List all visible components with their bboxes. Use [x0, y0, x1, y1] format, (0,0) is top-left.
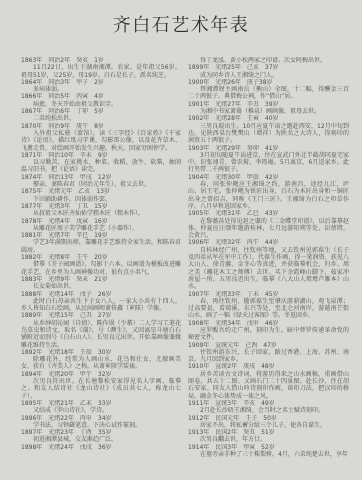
timeline-year-heading: 1904年 光绪30年 甲辰 42岁 — [188, 174, 349, 181]
timeline-entry-text: 除雕花外，经常为人画山水、花鸟和仕女，尤擅画美女，获有《齐美人》之称。从萧芗陔学… — [21, 356, 181, 371]
timeline-entry-text: 入外祖父私塾（蒙馆），读《三字经》《百家姓》《千家诗》《论语》。描红纸习字课，勾… — [21, 130, 181, 152]
timeline-entry-text: 从叔祖父木匠齐仙佑学粗木匠（粗木作）。 — [21, 210, 181, 217]
timeline-year-heading: 1905年 光绪31年 乙巳 43岁 — [188, 210, 349, 217]
timeline-entry-text: 自桂林经广州，往钦州等地，又去钦州见郭葆生（长子及四弟从军在军中工作），代葆生作… — [188, 247, 349, 291]
timeline-year-heading: 1902年 光绪28年 壬寅 40岁 — [188, 115, 349, 122]
timeline-year-heading: 1907年 光绪33年 丁未 45岁 — [188, 291, 349, 298]
timeline-entry-text: 长女菊如出世。 — [21, 283, 181, 290]
chronology-page: 齐白石艺术年表 1863年 同治2年 癸亥 1岁11月22日，出生于湖南湘潭，农… — [0, 0, 362, 480]
timeline-year-heading: 1866年 同治5年 丙寅 4岁 — [21, 93, 181, 100]
timeline-entry-text: 应罗醒吾约走广州，刻印为生。暗中替罗传递革命党的秘密文件。 — [188, 327, 349, 342]
timeline-year-heading: 1898年 光绪24年 戊戌 36岁 — [21, 444, 181, 451]
timeline-entry-text: 在黎薇荪处得见赵之谦的《二金蝶堂印谱》，以后靠摹赵体。仲夏应汪颂年邀游桂林，七月… — [188, 218, 349, 240]
timeline-year-heading: 1875年 光绪元年 乙亥 13岁 — [21, 188, 181, 195]
timeline-year-heading: 1910年 宣统2年 庚戌 48岁 — [188, 363, 349, 370]
timeline-year-heading: 1889年 光绪15年 己丑 27岁 — [21, 312, 181, 319]
timeline-year-heading: 1908年 光绪34年 戊申 46岁 — [188, 320, 349, 327]
timeline-year-heading: 1878年 光绪4年 戊寅 16岁 — [21, 218, 181, 225]
timeline-entry-text: 娶亲，妻陈春君（同治元年生）。祖父去世。 — [21, 181, 181, 188]
timeline-entry-text: 以习勤苦，在家挑水、种菜、收稻、放牛、砍柴，抽闲温习旧书，把《论语》读完。 — [21, 159, 181, 174]
timeline-entry-text: 在墓旁亲手种了三十株梨树。4月，六弟纯楚去世，享年 — [188, 451, 349, 458]
timeline-entry-text: 从雕花匠周子美学雕花手艺（小器作）。 — [21, 225, 181, 232]
timeline-year-heading: 1912年 民国元年 壬子 50岁 — [188, 415, 349, 422]
timeline-entry-text: 又结成《罗山诗社》，学诗。 — [21, 407, 181, 414]
timeline-entry-text: 借摹《芥子园画谱》，勾影十六本。以画谱为模板改进雕花手艺，在乡里为人画神像功对，… — [21, 261, 181, 276]
timeline-year-heading: 1899年 光绪25年 己亥 37岁 — [188, 64, 349, 71]
timeline-column-left: 1863年 同治2年 癸亥 1岁11月22日，出生于湖南湘潭，农家。是年祖父56… — [21, 57, 181, 457]
timeline-entry-text: 居家不出，将私蓄分给三个儿子，使各自谋生。 — [188, 422, 349, 429]
timeline-entry-text: 二弟纯松出世。 — [21, 115, 181, 122]
timeline-entry-text: 3月初旬随夏午诒进京，住在宣武门外北半截胡同夏宅家中。识张翊青、曾农髯、李筠庵。… — [188, 152, 349, 174]
timeline-entry-text: 此时白石母亲共生下子女八人，一家大小共有十四人。乡人皆知白石绘画。从民间画师萧传… — [21, 298, 181, 313]
timeline-entry-text: 2月赴长沙晤王湘绮，会当时之名士赋诗刻印。 — [188, 407, 349, 414]
timeline-entry-text: 春，再往钦州，随郭葆生至肇庆游鼎湖山，观飞泉潭；过高要县，看端溪、东兴等处，至北… — [188, 298, 349, 320]
timeline-year-heading: 1909年 宣统元年 己酉 47岁 — [188, 342, 349, 349]
page-title: 齐白石艺术年表 — [0, 14, 362, 38]
timeline-column-right: 得丁龙泓、黄小松两家之印谱。次女阿梅出世。1899年 光绪25年 己亥 37岁成… — [188, 57, 349, 467]
timeline-entry-text: 学书法，习钟繇笔意。下决心试作篆刻。 — [21, 422, 181, 429]
timeline-year-heading: 1874年 同治13年 甲戌 12岁 — [21, 174, 181, 181]
timeline-entry-text: 得丁龙泓、黄小松两家之印谱。次女阿梅出世。 — [188, 57, 349, 64]
timeline-entry-text: 次男良黼去世，年方廿。 — [188, 436, 349, 443]
timeline-year-heading: 1888年 光绪14年 戊子 26岁 — [21, 291, 181, 298]
timeline-entry-text: 下田辅助耕作，因体弱作罢。 — [21, 196, 181, 203]
timeline-entry-text: 病愈，冬天开始由祖父教识字。 — [21, 101, 181, 108]
timeline-entry-text: 居乡苦读古文诗词，将游历得来之山水画稿，重画借山图卷，共五十二图。又画石门二十四… — [188, 371, 349, 400]
timeline-year-heading: 1894年 光绪20年 甲午 32岁 — [21, 371, 181, 378]
timeline-year-heading: 1906年 光绪32年 丙午 44岁 — [188, 239, 349, 246]
timeline-entry-text: 替湘潭财主画南岳（衡山）全图，十二幅，得酬金三百二十两银子。典借梅公祠，作“借山… — [188, 86, 349, 101]
timeline-year-heading: 1870年 同治9年 庚午 8岁 — [21, 123, 181, 130]
timeline-year-heading: 1896年 光绪22年 丙申 34岁 — [21, 415, 181, 422]
timeline-year-heading: 1903年 光绪29年 癸卯 41岁 — [188, 145, 349, 152]
timeline-entry-text: 从乡绅胡沁园（自倩）、陈作埙（少蕃）二人学习工笔花鸟草虫和诗文，取名《璜》，号《… — [21, 320, 181, 349]
timeline-year-heading: 1901年 光绪27年 辛丑 39岁 — [188, 101, 349, 108]
timeline-entry-text: 多病体弱。 — [21, 86, 181, 93]
timeline-entry-text: 往钦州游东兴，长子回家，路过香港、上海、苏州、南京。九月回到家乡。 — [188, 349, 349, 364]
timeline-entry-text: 次男良符出世。在长塘黎松安家得见名人字画，临摹之。和友人结诗社《龙山诗社》（成员… — [21, 378, 181, 400]
timeline-entry-text: 初进湘潭县城，交友渐趋广泛。 — [21, 436, 181, 443]
timeline-entry-text: 学艺3年满期出师，靠雕花手艺维持全家生活，和陈春君圆房。 — [21, 239, 181, 254]
timeline-year-heading: 1914年 民国3年 甲寅 52岁 — [188, 444, 349, 451]
timeline-entry-text: 为湘中书家萧蓦（稚泉）画画像。祖母去世。 — [188, 108, 349, 115]
timeline-entry-text: 春，同张仲飏应王湘绮之约，游南昌，途经九江、庐山，居王宅。张仲飏为铁匠出身，白石… — [188, 181, 349, 210]
timeline-entry-text: 三男良琨出生。10月应夏午诒之邀赴西安，12月中旬到达。见陕西臬台樊樊山（增祥）… — [188, 123, 349, 145]
timeline-entry-text: 11月22日，出生于湖南湘潭，农家。是年祖父56岁，祖母51岁，父25岁，母19… — [21, 64, 181, 79]
timeline-entry-text: 成为同乡诗人王湘绮之门人。 — [188, 72, 349, 79]
